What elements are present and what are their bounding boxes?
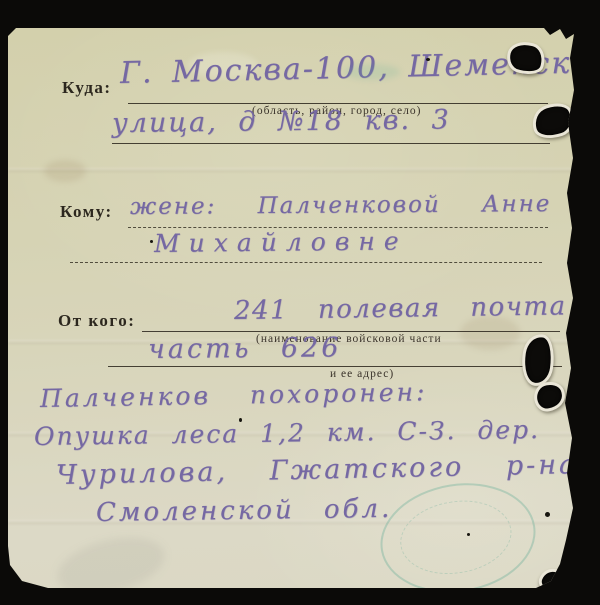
- ink-speck: [545, 512, 550, 517]
- field-label-kuda: Куда:: [62, 78, 112, 98]
- green-postal-stamp: [373, 472, 544, 603]
- ruled-line: [128, 103, 548, 104]
- photo-of-document: { "fields": { "kuda": { "label": "Куда:"…: [0, 0, 600, 605]
- ink-speck: [150, 240, 153, 243]
- handwritten-note-line2: Опушка леса 1,2 км. С-З. дер.: [34, 415, 540, 451]
- field-label-ot-kogo: От кого:: [58, 311, 135, 331]
- ruled-line: [142, 331, 560, 332]
- faded-stamp-impression: [51, 527, 170, 604]
- handwritten-note-line3: Чурилова, Гжатского р-на: [56, 449, 579, 491]
- handwritten-addressee-line2: Михайловне: [154, 226, 408, 258]
- ruled-line: [108, 366, 562, 367]
- green-postal-stamp-inner-ring: [395, 493, 516, 582]
- postal-form-sheet: Куда: (область, район, город, село) Г. М…: [8, 28, 574, 588]
- green-ink-smudge: [344, 64, 400, 80]
- ruled-line: [112, 143, 550, 144]
- ruled-line: [70, 262, 542, 263]
- handwritten-note-line4: Смоленской обл.: [96, 494, 393, 528]
- handwritten-sender-line1: 241 полевая почта: [234, 291, 567, 326]
- torn-hole: [528, 98, 578, 143]
- handwritten-destination-line2: улица, д №18 кв. 3: [112, 104, 451, 139]
- handwritten-sender-line2: часть 626: [148, 332, 342, 365]
- paper-crease: [8, 168, 574, 172]
- handwritten-note-line1: Палченков похоронен:: [40, 377, 428, 413]
- handwritten-addressee-line1: жене: Палченковой Анне: [130, 191, 552, 220]
- field-label-komu: Кому:: [60, 202, 113, 222]
- paper-stain: [44, 160, 86, 182]
- torn-hole: [535, 565, 571, 599]
- ink-speck: [239, 418, 242, 422]
- ink-speck: [426, 58, 430, 61]
